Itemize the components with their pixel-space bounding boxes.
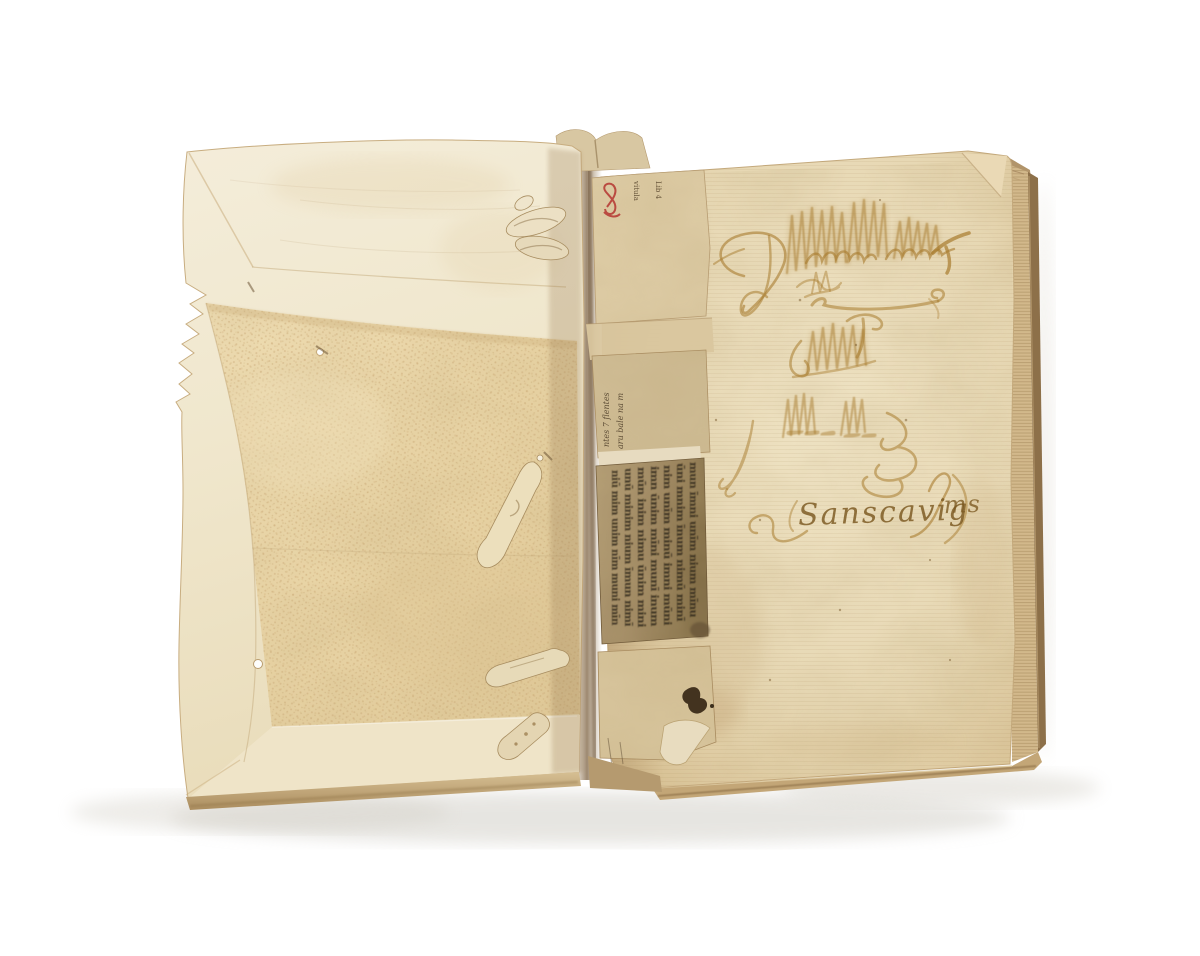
fragment-script-line: ūni mnim īnum nimū minī xyxy=(674,463,685,622)
fragment-script-line: mūn inim nimu ūnim mini xyxy=(635,467,646,628)
patch-caption-b: Lib 4 xyxy=(654,181,662,200)
fragment-script-line: unū minim nium īmun nimī xyxy=(622,468,633,627)
spine-cursive-fragment: ntes 7 flentes aru bale na m xyxy=(592,350,710,458)
signature: Sanscavig ms xyxy=(797,490,981,533)
spine-dark-fragment: niū mim unim nīm muni mīn unū minim nium… xyxy=(596,458,710,644)
fragment-script-line: mun īmni unīm nium mīnu xyxy=(687,462,698,617)
patch-caption-a: vitula xyxy=(632,180,640,201)
spine-top-patch: vitula Lib 4 xyxy=(592,170,710,324)
fragment-script-line: nim unīm minū imni mūni xyxy=(661,465,672,626)
photo-canvas: Opened limp vellum manuscript book: insi… xyxy=(0,0,1200,956)
fragment-caption-2: aru bale na m xyxy=(616,393,625,449)
book-photo: Opened limp vellum manuscript book: insi… xyxy=(0,0,1200,956)
left-cover xyxy=(176,140,590,810)
spine-bottom-patch xyxy=(598,646,716,766)
fragment-script-line: imn ūnim mīni munī inum xyxy=(648,466,659,627)
fragment-script-line: niū mim unim nīm muni mīn xyxy=(609,470,620,626)
fragment-caption-1: ntes 7 flentes xyxy=(602,392,611,447)
signature-suffix: ms xyxy=(943,490,981,519)
